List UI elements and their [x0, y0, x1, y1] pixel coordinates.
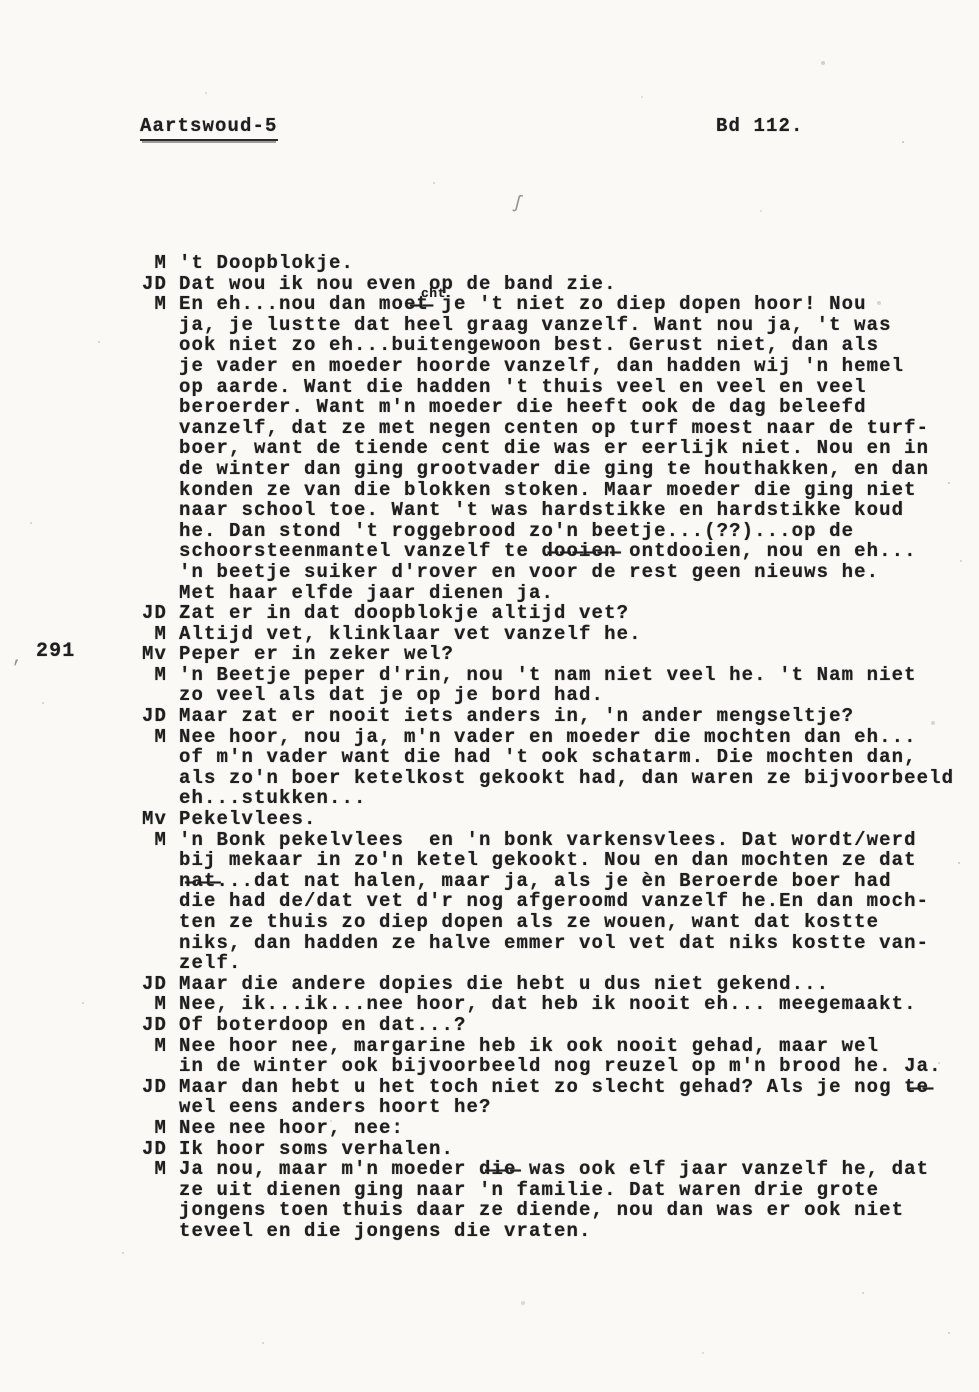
transcript-row: M Nee, ik...ik...nee hoor, dat heb ik no…	[120, 994, 954, 1015]
transcript-line: ze uit dienen ging naar 'n familie. Dat …	[179, 1180, 929, 1201]
transcript-line: Maar dan hebt u het toch niet zo slecht …	[179, 1077, 929, 1098]
transcript-line: Nee hoor, nou ja, m'n vader en moeder di…	[179, 727, 954, 748]
transcript-line: beroerder. Want m'n moeder die heeft ook…	[179, 397, 929, 418]
transcript-line: 'n Bonk pekelvlees en 'n bonk varkensvle…	[179, 830, 929, 851]
speaker-label: M	[120, 294, 167, 315]
transcript-row: M Nee hoor nee, margarine heb ik ook noo…	[120, 1036, 954, 1077]
transcript-row: Mv Peper er in zeker wel?	[120, 644, 954, 665]
transcript-line: bij mekaar in zo'n ketel gekookt. Nou en…	[179, 850, 929, 871]
utterance-lines: Nee nee hoor, nee:	[179, 1118, 404, 1139]
utterance-lines: Dat wou ik nou even op de band zie.	[179, 274, 617, 295]
utterance-lines: Maar dan hebt u het toch niet zo slecht …	[179, 1077, 929, 1118]
transcript-line: je vader en moeder hoorde vanzelf, dan h…	[179, 356, 929, 377]
transcript-line: 't Doopblokje.	[179, 253, 354, 274]
speaker-label: JD	[120, 1015, 167, 1036]
utterance-lines: Pekelvlees.	[179, 809, 317, 830]
speaker-label: JD	[120, 1077, 167, 1098]
transcript-line: ten ze thuis zo diep dopen als ze wouen,…	[179, 912, 929, 933]
transcript-line: Zat er in dat doopblokje altijd vet?	[179, 603, 629, 624]
transcript-row: JD Maar zat er nooit iets anders in, 'n …	[120, 706, 954, 727]
transcript-line: die had de/dat vet d'r nog afgeroomd van…	[179, 891, 929, 912]
utterance-lines: 't Doopblokje.	[179, 253, 354, 274]
transcript-row: M Nee nee hoor, nee:	[120, 1118, 954, 1139]
transcript-line: naar school toe. Want 't was hardstikke …	[179, 500, 929, 521]
transcript-line: niks, dan hadden ze halve emmer vol vet …	[179, 933, 929, 954]
transcript-line: als zo'n boer ketelkost gekookt had, dan…	[179, 768, 954, 789]
transcript-line: zelf.	[179, 953, 929, 974]
transcript-row: M 't Doopblokje.	[120, 253, 954, 274]
transcript-line: n̶a̶t̶...dat nat halen, maar ja, als je …	[179, 871, 929, 892]
transcript-line: he. Dan stond 't roggebrood zo'n beetje.…	[179, 521, 929, 542]
transcript-line: Nee nee hoor, nee:	[179, 1118, 404, 1139]
transcript-row: JD Dat wou ik nou even op de band zie.	[120, 274, 954, 295]
document-page: Aartswoud-5 Bd 112. 291 cht ʃ , M 't Doo…	[0, 0, 979, 1392]
utterance-lines: 'n Beetje peper d'rin, nou 't nam niet v…	[179, 665, 917, 706]
transcript-line: eh...stukken...	[179, 788, 954, 809]
transcript-line: Nee hoor nee, margarine heb ik ook nooit…	[179, 1036, 942, 1057]
utterance-lines: Maar zat er nooit iets anders in, 'n and…	[179, 706, 854, 727]
transcript-line: op aarde. Want die hadden 't thuis veel …	[179, 377, 929, 398]
speaker-label: Mv	[120, 644, 167, 665]
transcript-line: in de winter ook bijvoorbeeld nog reuzel…	[179, 1056, 942, 1077]
speaker-label: M	[120, 665, 167, 686]
transcript-row: M 'n Bonk pekelvlees en 'n bonk varkensv…	[120, 830, 954, 974]
speaker-label: M	[120, 624, 167, 645]
transcript-line: Dat wou ik nou even op de band zie.	[179, 274, 617, 295]
transcript-line: teveel en die jongens die vraten.	[179, 1221, 929, 1242]
transcript-line: jongens toen thuis daar ze diende, nou d…	[179, 1200, 929, 1221]
transcript-line: ook niet zo eh...buitengewoon best. Geru…	[179, 335, 929, 356]
transcript-line: Nee, ik...ik...nee hoor, dat heb ik nooi…	[179, 994, 917, 1015]
utterance-lines: Of boterdoop en dat...?	[179, 1015, 467, 1036]
speaker-label: Mv	[120, 809, 167, 830]
utterance-lines: En eh...nou dan moe̶t̶ je 't niet zo die…	[179, 294, 929, 603]
transcript-line: Pekelvlees.	[179, 809, 317, 830]
transcript-line: schoorsteenmantel vanzelf te d̶o̶o̶i̶e̶n…	[179, 541, 929, 562]
transcript: M 't Doopblokje. JD Dat wou ik nou even …	[120, 253, 954, 1242]
scan-artifact: ʃ	[510, 191, 526, 215]
transcript-line: Maar zat er nooit iets anders in, 'n and…	[179, 706, 854, 727]
transcript-line: of m'n vader want die had 't ook schatar…	[179, 747, 954, 768]
transcript-row: JD Maar dan hebt u het toch niet zo slec…	[120, 1077, 954, 1118]
transcript-line: vanzelf, dat ze met negen centen op turf…	[179, 418, 929, 439]
transcript-row: JD Of boterdoop en dat...?	[120, 1015, 954, 1036]
speaker-label: JD	[120, 706, 167, 727]
transcript-line: 'n beetje suiker d'rover en voor de rest…	[179, 562, 929, 583]
speaker-label: JD	[120, 974, 167, 995]
transcript-row: Mv Pekelvlees.	[120, 809, 954, 830]
transcript-row: M Altijd vet, klinklaar vet vanzelf he.	[120, 624, 954, 645]
transcript-line: Ik hoor soms verhalen.	[179, 1139, 454, 1160]
utterance-lines: Altijd vet, klinklaar vet vanzelf he.	[179, 624, 642, 645]
utterance-lines: 'n Bonk pekelvlees en 'n bonk varkensvle…	[179, 830, 929, 974]
speaker-label: M	[120, 1036, 167, 1057]
transcript-line: 'n Beetje peper d'rin, nou 't nam niet v…	[179, 665, 917, 686]
speaker-label: M	[120, 727, 167, 748]
scan-artifact: ,	[12, 648, 23, 668]
transcript-line: boer, want de tiende cent die was er eer…	[179, 438, 929, 459]
transcript-line: ja, je lustte dat heel graag vanzelf. Wa…	[179, 315, 929, 336]
transcript-row: M Nee hoor, nou ja, m'n vader en moeder …	[120, 727, 954, 809]
document-title: Aartswoud-5	[140, 116, 278, 141]
transcript-row: JD Maar die andere dopies die hebt u dus…	[120, 974, 954, 995]
transcript-line: En eh...nou dan moe̶t̶ je 't niet zo die…	[179, 294, 929, 315]
utterance-lines: Maar die andere dopies die hebt u dus ni…	[179, 974, 829, 995]
transcript-line: Peper er in zeker wel?	[179, 644, 454, 665]
speaker-label: M	[120, 253, 167, 274]
utterance-lines: Peper er in zeker wel?	[179, 644, 454, 665]
speaker-label: M	[120, 994, 167, 1015]
transcript-row: M En eh...nou dan moe̶t̶ je 't niet zo d…	[120, 294, 954, 603]
transcript-line: Met haar elfde jaar dienen ja.	[179, 583, 929, 604]
utterance-lines: Nee hoor, nou ja, m'n vader en moeder di…	[179, 727, 954, 809]
utterance-lines: Ik hoor soms verhalen.	[179, 1139, 454, 1160]
speaker-label: M	[120, 1118, 167, 1139]
transcript-line: konden ze van die blokken stoken. Maar m…	[179, 480, 929, 501]
utterance-lines: Zat er in dat doopblokje altijd vet?	[179, 603, 629, 624]
transcript-line: wel eens anders hoort he?	[179, 1097, 929, 1118]
transcript-line: Of boterdoop en dat...?	[179, 1015, 467, 1036]
transcript-line: zo veel als dat je op je bord had.	[179, 685, 917, 706]
utterance-lines: Nee hoor nee, margarine heb ik ook nooit…	[179, 1036, 942, 1077]
speaker-label: M	[120, 1159, 167, 1180]
transcript-row: JD Zat er in dat doopblokje altijd vet?	[120, 603, 954, 624]
speaker-label: JD	[120, 274, 167, 295]
utterance-lines: Ja nou, maar m'n moeder d̶i̶e̶ was ook e…	[179, 1159, 929, 1241]
transcript-line: de winter dan ging grootvader die ging t…	[179, 459, 929, 480]
page-reference: Bd 112.	[716, 116, 804, 137]
transcript-line: Altijd vet, klinklaar vet vanzelf he.	[179, 624, 642, 645]
transcript-row: M 'n Beetje peper d'rin, nou 't nam niet…	[120, 665, 954, 706]
transcript-row: JD Ik hoor soms verhalen.	[120, 1139, 954, 1160]
scan-noise	[0, 0, 2, 2]
utterance-lines: Nee, ik...ik...nee hoor, dat heb ik nooi…	[179, 994, 917, 1015]
margin-page-number: 291	[36, 642, 75, 663]
transcript-line: Ja nou, maar m'n moeder d̶i̶e̶ was ook e…	[179, 1159, 929, 1180]
speaker-label: M	[120, 830, 167, 851]
transcript-row: M Ja nou, maar m'n moeder d̶i̶e̶ was ook…	[120, 1159, 954, 1241]
transcript-line: Maar die andere dopies die hebt u dus ni…	[179, 974, 829, 995]
speaker-label: JD	[120, 603, 167, 624]
speaker-label: JD	[120, 1139, 167, 1160]
